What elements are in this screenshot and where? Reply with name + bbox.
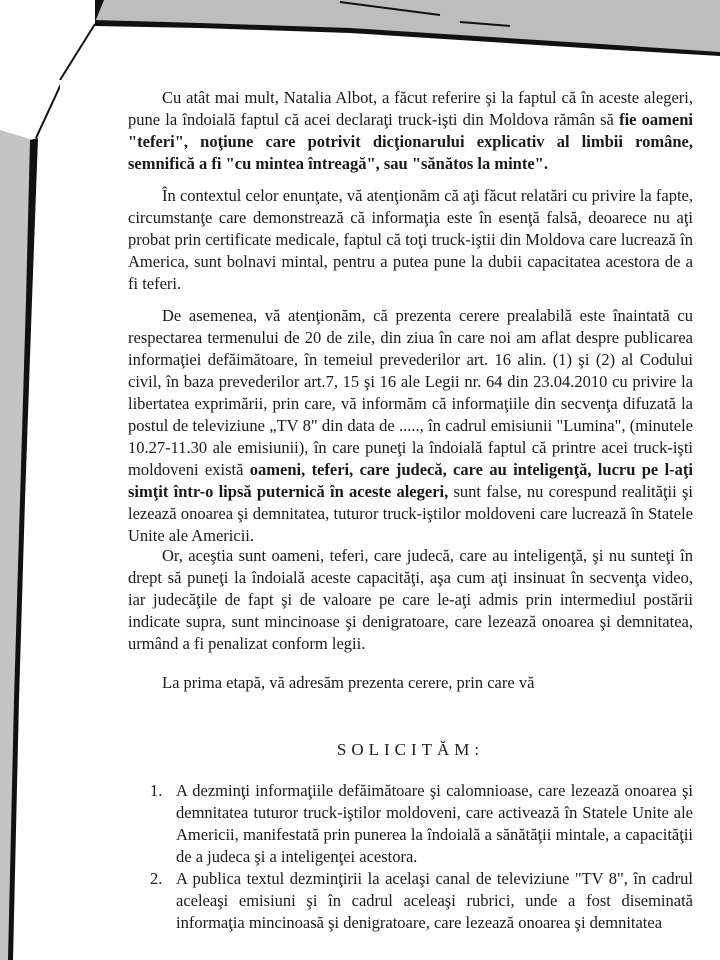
requests-list: 1. A dezminţi informaţiile defăimătoare … xyxy=(150,780,693,934)
list-item-text: A publica textul dezminţirii la acelaşi … xyxy=(176,869,693,932)
paragraph-context: În contextul celor enunţate, vă atenţion… xyxy=(128,185,693,295)
paragraph-albot-reference: Cu atât mai mult, Natalia Albot, a făcut… xyxy=(128,87,693,175)
list-item-number: 1. xyxy=(150,780,162,802)
section-title: SOLICITĂM: xyxy=(128,740,693,760)
paragraph-text: De asemenea, vă atenţionăm, că prezenta … xyxy=(128,306,693,479)
paragraph-request-intro: La prima etapă, vă adresăm prezenta cere… xyxy=(128,672,693,694)
paragraph-rebuttal: Or, aceştia sunt oameni, teferi, care ju… xyxy=(128,545,693,655)
paragraph-text: Cu atât mai mult, Natalia Albot, a făcut… xyxy=(128,88,693,129)
page-edge-shadow-left xyxy=(0,0,60,960)
paragraph-text: La prima etapă, vă adresăm prezenta cere… xyxy=(162,673,534,692)
page-fold-shadow-top xyxy=(0,0,720,80)
list-item-number: 2. xyxy=(150,868,162,890)
list-item: 1. A dezminţi informaţiile defăimătoare … xyxy=(150,780,693,868)
list-item: 2. A publica textul dezminţirii la acela… xyxy=(150,868,693,934)
paragraph-legal-basis: De asemenea, vă atenţionăm, că prezenta … xyxy=(128,305,693,547)
paragraph-text: În contextul celor enunţate, vă atenţion… xyxy=(128,186,693,293)
list-item-text: A dezminţi informaţiile defăimătoare şi … xyxy=(176,781,693,866)
paragraph-text: Or, aceştia sunt oameni, teferi, care ju… xyxy=(128,546,693,653)
